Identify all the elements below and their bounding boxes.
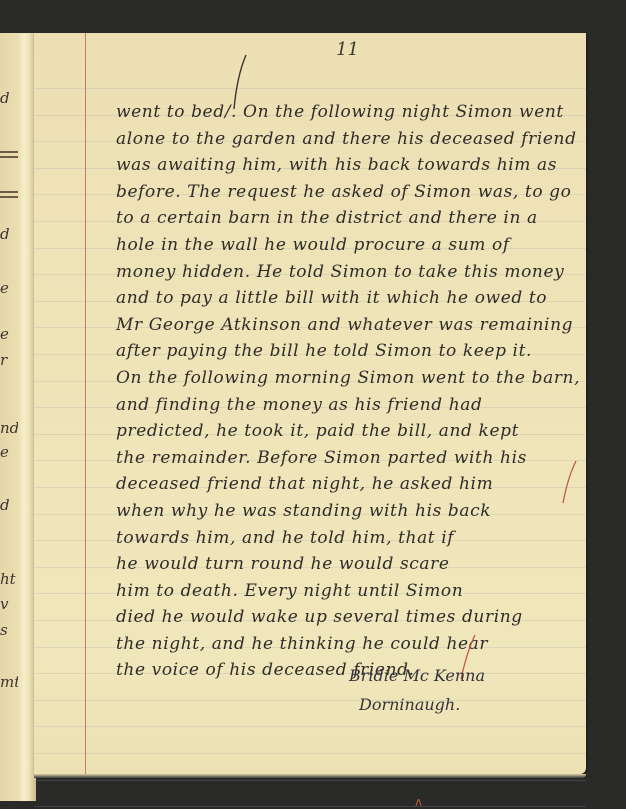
text-line: the remainder. Before Simon parted with … xyxy=(116,445,606,472)
text-line: was awaiting him, with his back towards … xyxy=(116,152,606,179)
left-page-fragment: nd xyxy=(0,419,19,437)
text-line: he would turn round he would scare xyxy=(116,551,606,578)
text-line: and to pay a little bill with it which h… xyxy=(116,285,606,312)
bottom-caret-mark: ʌ xyxy=(415,795,422,809)
left-page-fragment: ht xyxy=(0,570,16,588)
left-page-fragment: v xyxy=(0,595,8,613)
text-line: after paying the bill he told Simon to k… xyxy=(116,338,606,365)
left-page-fragment: e xyxy=(0,443,9,461)
ruled-line xyxy=(34,806,586,807)
text-line: when why he was standing with his back xyxy=(116,498,606,525)
text-line: went to bed/. On the following night Sim… xyxy=(116,99,606,126)
text-line: money hidden. He told Simon to take this… xyxy=(116,259,606,286)
text-line: to a certain barn in the district and th… xyxy=(116,205,606,232)
red-check-mark-icon xyxy=(560,459,580,509)
text-line: died he would wake up several times duri… xyxy=(116,604,606,631)
left-page-fragment: s xyxy=(0,621,8,639)
margin-line xyxy=(85,33,86,774)
page-bottom-edge xyxy=(34,774,586,778)
text-line: him to death. Every night until Simon xyxy=(116,578,606,605)
left-page-fragment: d xyxy=(0,89,10,107)
left-page-fragment: d xyxy=(0,225,10,243)
ruled-line xyxy=(34,753,586,754)
left-page-fragment: e xyxy=(0,279,9,297)
text-line: predicted, he took it, paid the bill, an… xyxy=(116,418,606,445)
text-line: before. The request he asked of Simon wa… xyxy=(116,179,606,206)
text-line: hole in the wall he would procure a sum … xyxy=(116,232,606,259)
text-line: Mr George Atkinson and whatever was rema… xyxy=(116,312,606,339)
left-page-fragment: d xyxy=(0,496,10,514)
ruled-line xyxy=(34,780,586,781)
ruled-line xyxy=(34,88,586,89)
manuscript-page: 11 went to bed/. On the following night … xyxy=(34,33,586,774)
ruled-line xyxy=(34,726,586,727)
text-line: towards him, and he told him, that if xyxy=(116,525,606,552)
text-line: alone to the garden and there his deceas… xyxy=(116,126,606,153)
text-line: On the following morning Simon went to t… xyxy=(116,365,606,392)
text-line: and finding the money as his friend had xyxy=(116,392,606,419)
left-page-fragment: e xyxy=(0,325,9,343)
text-line: deceased friend that night, he asked him xyxy=(116,471,606,498)
left-page-fragment: r xyxy=(0,351,7,369)
body-text: went to bed/. On the following night Sim… xyxy=(116,99,606,684)
text-line: the night, and he thinking he could hear xyxy=(116,631,606,658)
author-signature: Bridie Mc Kenna xyxy=(349,666,485,685)
page-number: 11 xyxy=(336,39,359,60)
ruled-line xyxy=(34,700,586,701)
author-address: Dorninaugh. xyxy=(359,695,460,714)
